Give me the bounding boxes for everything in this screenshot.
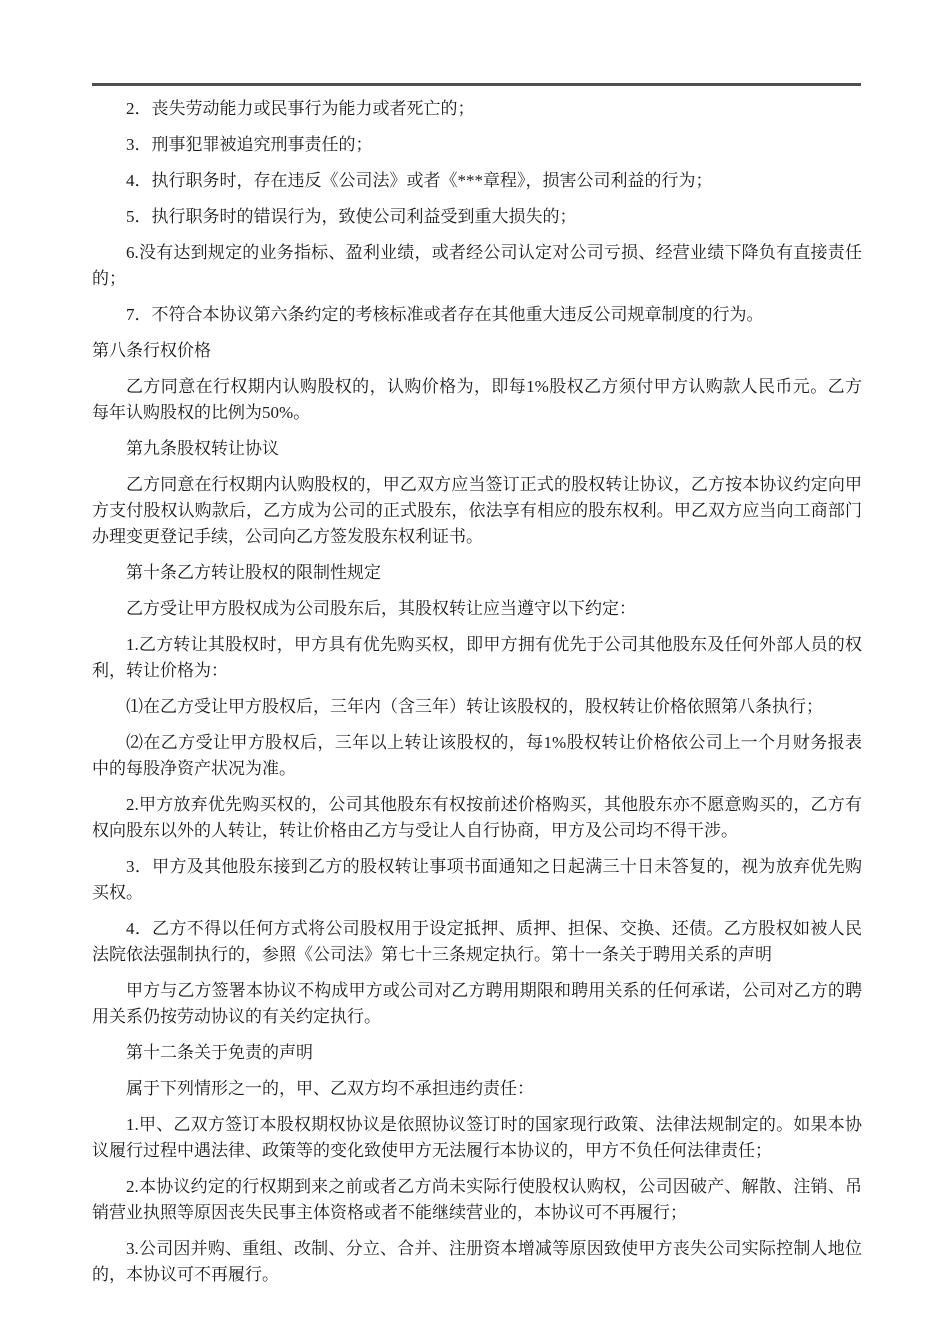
list-item-4: 4．执行职务时，存在违反《公司法》或者《***章程》，损害公司利益的行为； [92, 168, 862, 194]
document-page: 2．丧失劳动能力或民事行为能力或者死亡的； 3．刑事犯罪被追究刑事责任的； 4．… [0, 0, 950, 1344]
list-item-5: 5．执行职务时的错误行为，致使公司利益受到重大损失的； [92, 204, 862, 230]
heading-article-10: 第十条乙方转让股权的限制性规定 [92, 560, 862, 586]
paragraph-article-9-body: 乙方同意在行权期内认购股权的，甲乙双方应当签订正式的股权转让协议，乙方按本协议约… [92, 472, 862, 550]
list-item-3: 3．刑事犯罪被追究刑事责任的； [92, 132, 862, 158]
paragraph-article-11-body: 甲方与乙方签署本协议不构成甲方或公司对乙方聘用期限和聘用关系的任何承诺，公司对乙… [92, 978, 862, 1030]
heading-article-12: 第十二条关于免责的声明 [92, 1040, 862, 1066]
list-item-2: 2．丧失劳动能力或民事行为能力或者死亡的； [92, 96, 862, 122]
heading-article-8: 第八条行权价格 [92, 338, 862, 364]
paragraph-article-10-item-1-sub-2: ⑵在乙方受让甲方股权后，三年以上转让该股权的，每1%股权转让价格依公司上一个月财… [92, 730, 862, 782]
paragraph-article-12-item-3: 3.公司因并购、重组、改制、分立、合并、注册资本增减等原因致使甲方丧失公司实际控… [92, 1236, 862, 1288]
paragraph-article-12-item-2: 2.本协议约定的行权期到来之前或者乙方尚未实际行使股权认购权，公司因破产、解散、… [92, 1174, 862, 1226]
paragraph-article-10-item-1: 1.乙方转让其股权时，甲方具有优先购买权，即甲方拥有优先于公司其他股东及任何外部… [92, 632, 862, 684]
paragraph-article-10-intro: 乙方受让甲方股权成为公司股东后，其股权转让应当遵守以下约定： [92, 596, 862, 622]
paragraph-article-8-body: 乙方同意在行权期内认购股权的，认购价格为，即每1%股权乙方须付甲方认购款人民币元… [92, 374, 862, 426]
list-item-6: 6.没有达到规定的业务指标、盈利业绩，或者经公司认定对公司亏损、经营业绩下降负有… [92, 240, 862, 292]
paragraph-article-10-item-2: 2.甲方放弃优先购买权的，公司其他股东有权按前述价格购买，其他股东亦不愿意购买的… [92, 792, 862, 844]
document-body: 2．丧失劳动能力或民事行为能力或者死亡的； 3．刑事犯罪被追究刑事责任的； 4．… [92, 96, 862, 1298]
paragraph-article-10-item-3: 3．甲方及其他股东接到乙方的股权转让事项书面通知之日起满三十日未答复的，视为放弃… [92, 854, 862, 906]
paragraph-article-10-item-4-and-heading-article-11: 4．乙方不得以任何方式将公司股权用于设定抵押、质押、担保、交换、还债。乙方股权如… [92, 916, 862, 968]
header-rule [92, 83, 861, 86]
paragraph-article-12-intro: 属于下列情形之一的，甲、乙双方均不承担违约责任： [92, 1076, 862, 1102]
heading-article-9: 第九条股权转让协议 [92, 436, 862, 462]
list-item-7: 7．不符合本协议第六条约定的考核标准或者存在其他重大违反公司规章制度的行为。 [92, 302, 862, 328]
paragraph-article-12-item-1: 1.甲、乙双方签订本股权期权协议是依照协议签订时的国家现行政策、法律法规制定的。… [92, 1112, 862, 1164]
paragraph-article-10-item-1-sub-1: ⑴在乙方受让甲方股权后，三年内（含三年）转让该股权的，股权转让价格依照第八条执行… [92, 694, 862, 720]
